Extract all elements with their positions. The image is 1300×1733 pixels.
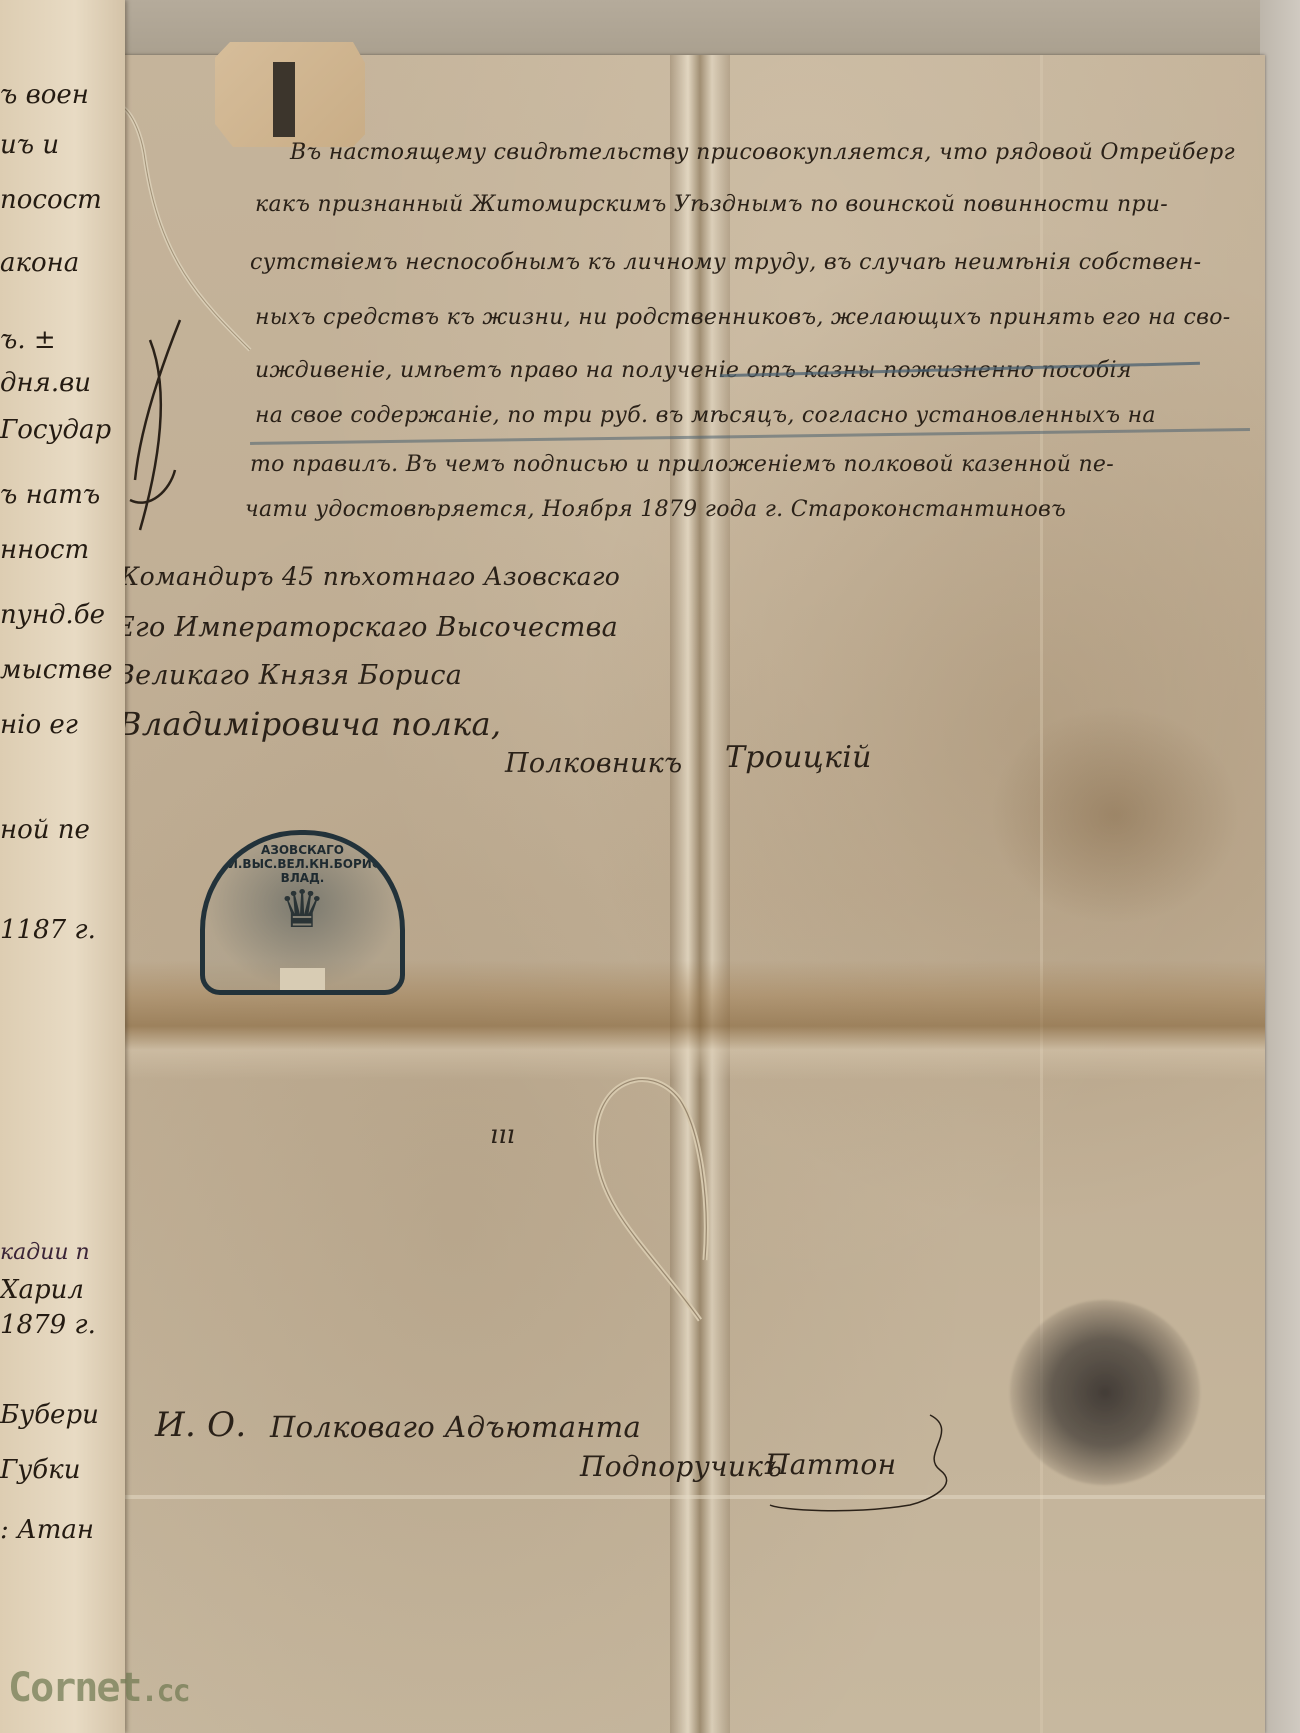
water-stain: [990, 705, 1240, 925]
left-text-fragment: ъ воен: [0, 80, 89, 110]
watermark-text: Cornet: [8, 1665, 141, 1711]
adjutant-title: Полковаго Адъютанта: [270, 1410, 641, 1444]
signature-flourish: [760, 1410, 1020, 1520]
commander-signature: Троицкій: [725, 740, 872, 775]
body-line-1: Въ настоящему свидѣтельству присовокупля…: [290, 140, 1235, 165]
left-text-fragment: посост: [0, 185, 102, 215]
body-line-2: какъ признанный Житомирскимъ Уѣзднымъ по…: [255, 192, 1168, 217]
left-text-fragment: ніо ег: [0, 710, 78, 740]
left-text-fragment: иъ и: [0, 130, 59, 160]
left-text-fragment: : Атан: [0, 1515, 94, 1545]
commander-line-2: Его Императорскаго Высочества: [115, 612, 618, 643]
left-text-fragment: ъ натъ: [0, 480, 100, 510]
left-text-fragment: кадии п: [0, 1240, 90, 1265]
regimental-seal: АЗОВСКАГО Е.И.ВЫС.ВЕЛ.КН.БОРИСА ВЛАД. ♛: [200, 830, 405, 995]
commander-rank: Полковникъ: [505, 748, 682, 779]
double-headed-eagle-icon: ♛: [267, 875, 337, 945]
commander-line-3: Великаго Князя Бориса: [115, 660, 462, 691]
label-number-mark: [273, 62, 295, 137]
body-line-4: ныхъ средствъ къ жизни, ни родственников…: [255, 305, 1230, 330]
lower-fold-crease: [110, 1495, 1265, 1499]
marginal-signature-flourish: [120, 310, 200, 540]
left-text-fragment: пунд.бе: [0, 600, 105, 630]
body-line-5: иждивеніе, имѣетъ право на полученіе отъ…: [255, 358, 1132, 383]
left-text-fragment: мыстве: [0, 655, 112, 685]
seal-paper-tab: [280, 968, 325, 990]
body-line-7: то правилъ. Въ чемъ подписью и приложені…: [250, 452, 1114, 477]
left-text-fragment: Бубери: [0, 1400, 99, 1430]
left-text-fragment: нност: [0, 535, 89, 565]
body-line-6: на свое содержаніе, по три руб. въ мѣсяц…: [255, 403, 1156, 428]
left-text-fragment: акона: [0, 248, 79, 278]
left-text-fragment: 1879 г.: [0, 1310, 96, 1340]
tally-mark: ııı: [490, 1120, 515, 1150]
adjutant-prefix: И. О.: [155, 1405, 246, 1445]
left-text-fragment: дня.ви: [0, 368, 91, 398]
ink-wax-blot: [1010, 1300, 1200, 1485]
commander-line-4: Владиміровича полка,: [118, 705, 501, 743]
left-text-fragment: Губки: [0, 1455, 80, 1485]
body-line-3: сутствіемъ неспособнымъ къ личному труду…: [250, 250, 1201, 275]
adjacent-document-page: ъ воен иъ и посост акона ъ. ± дня.ви Гос…: [0, 0, 125, 1733]
left-text-fragment: ъ. ±: [0, 325, 56, 355]
adjutant-rank: Подпоручикъ: [580, 1450, 782, 1483]
left-text-fragment: ной пе: [0, 815, 90, 845]
watermark: Cornet.cc: [8, 1665, 189, 1711]
watermark-suffix: .cc: [141, 1674, 189, 1709]
commander-line-1: Командиръ 45 пѣхотнаго Азовскаго: [120, 562, 620, 591]
left-text-fragment: Харил: [0, 1275, 84, 1305]
right-backing-cloth: [1260, 0, 1300, 1733]
left-text-fragment: 1187 г.: [0, 915, 96, 945]
body-line-8: чати удостовѣряется, Ноября 1879 года г.…: [245, 497, 1066, 522]
left-text-fragment: Государ: [0, 415, 111, 445]
